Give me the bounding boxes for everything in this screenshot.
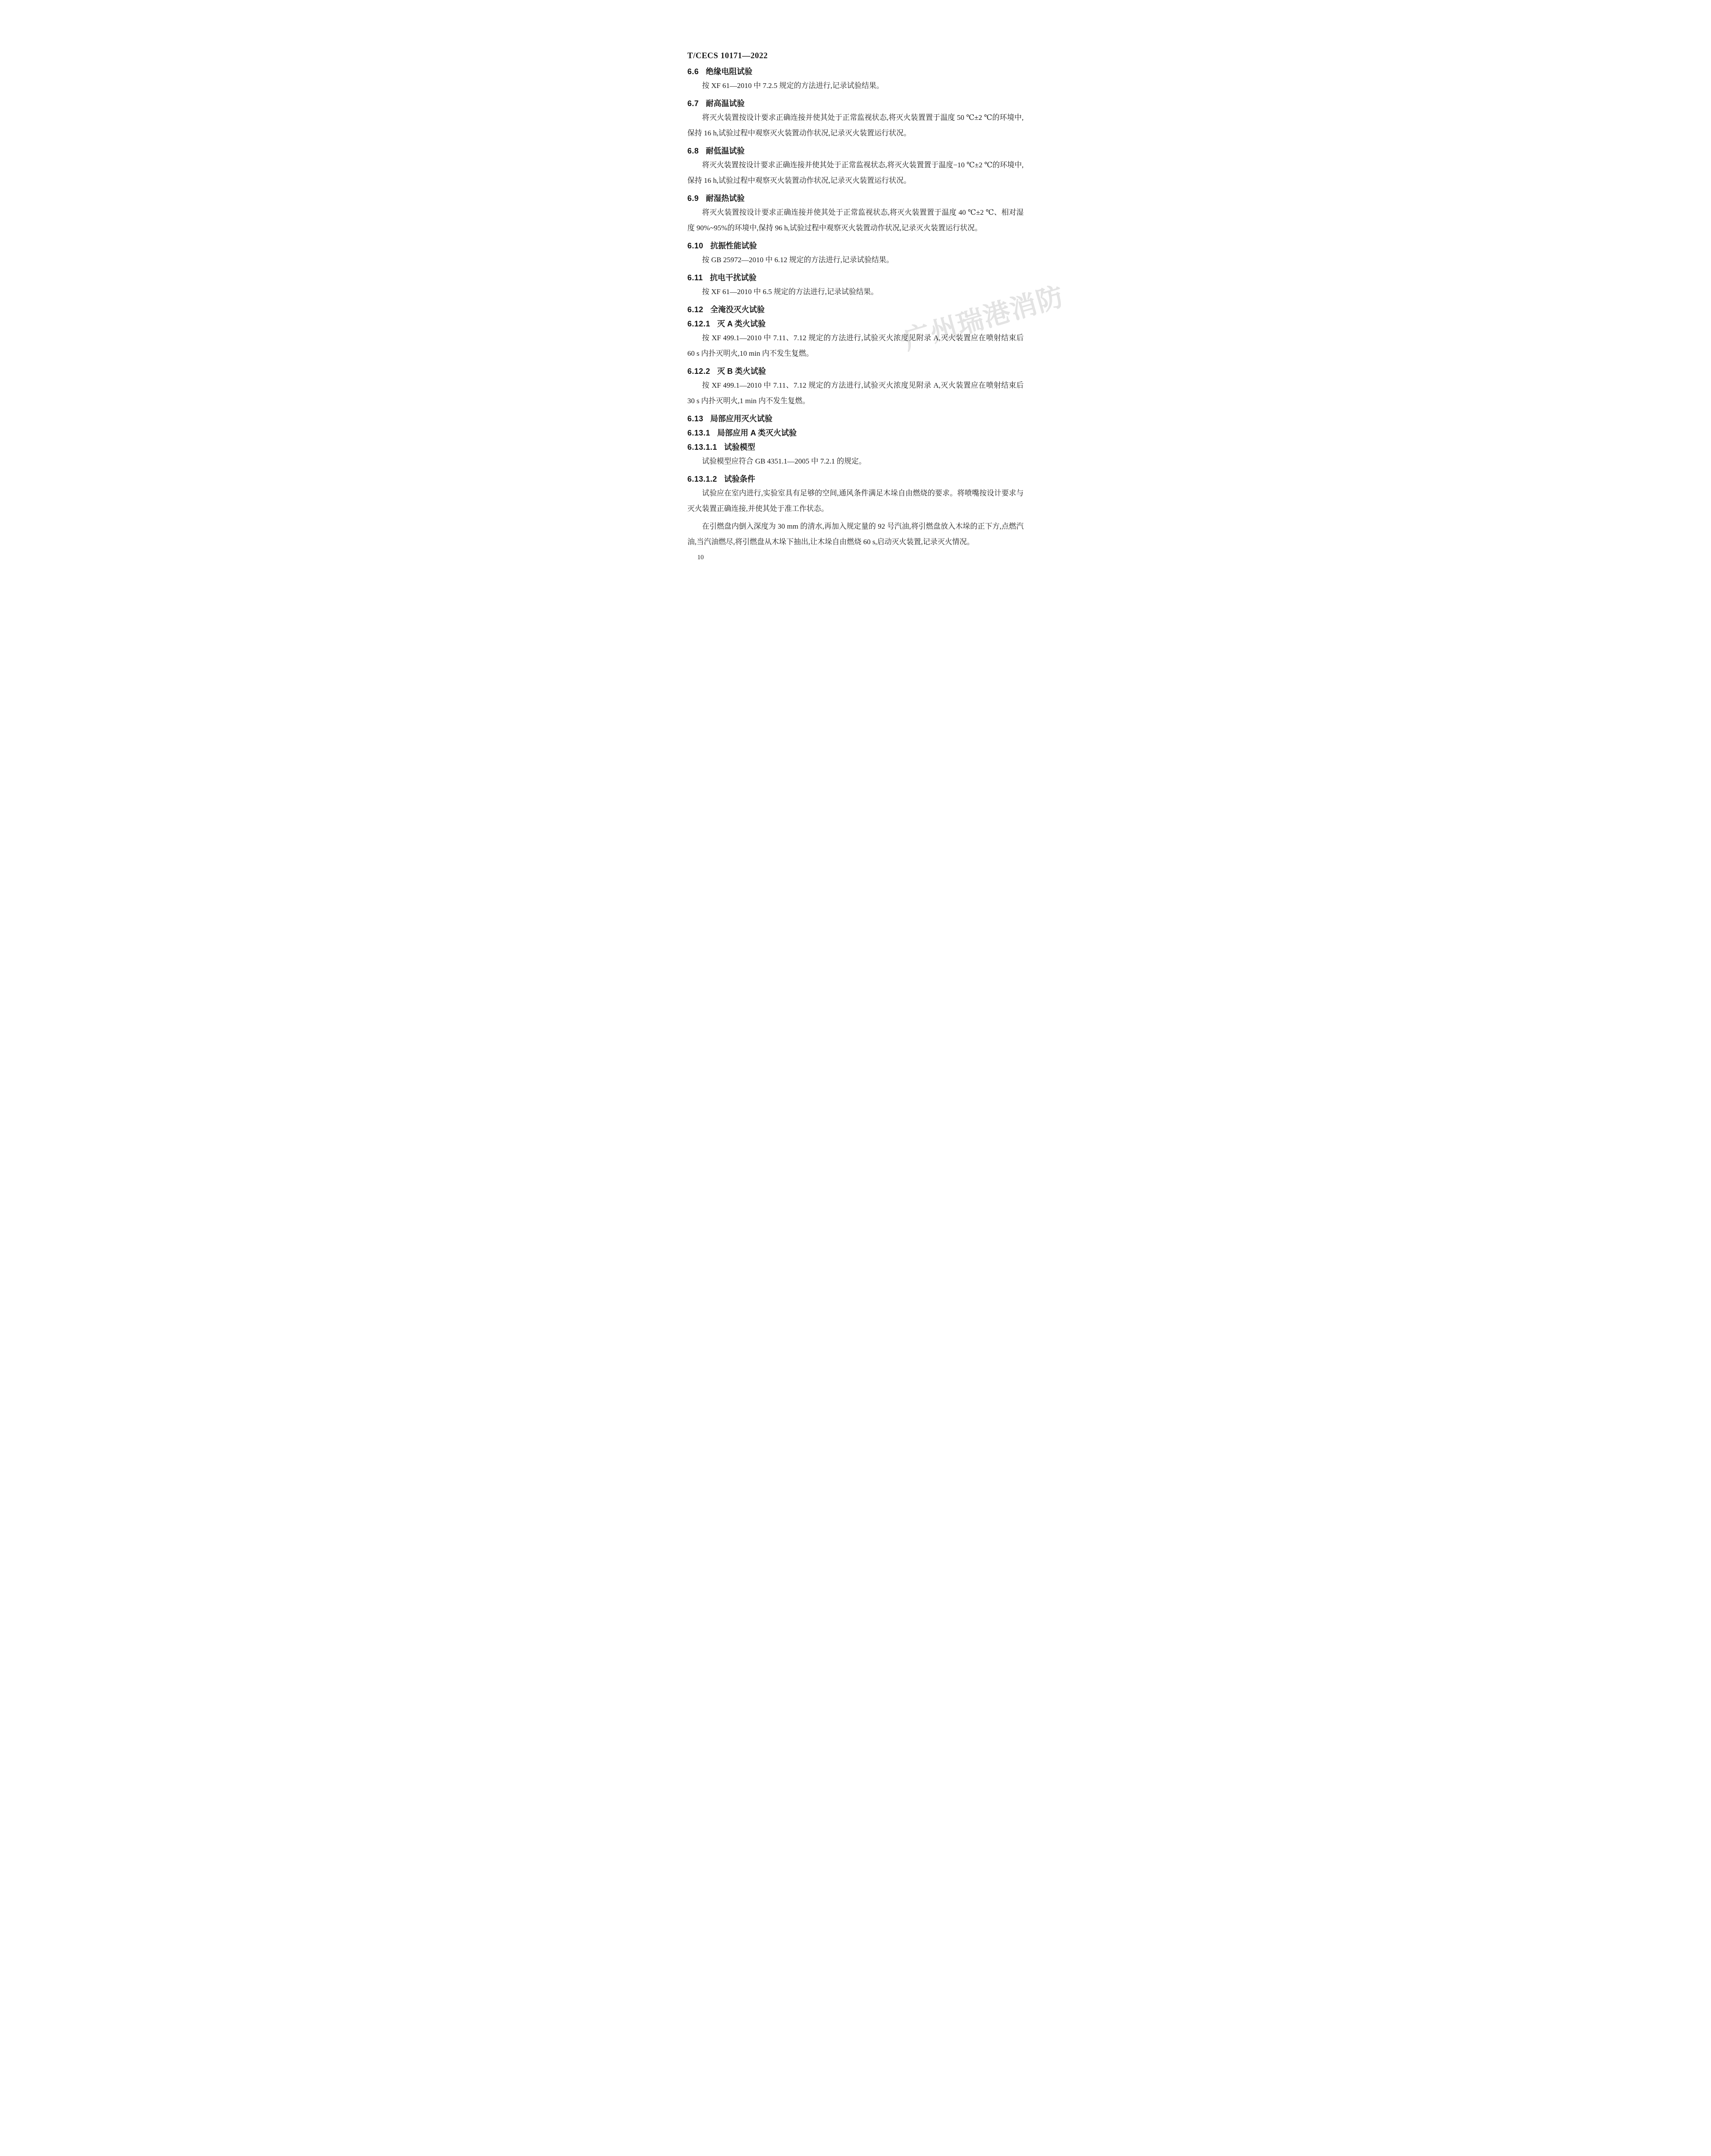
section-title: 全淹没灭火试验 xyxy=(710,305,765,314)
body-paragraph: 按 GB 25972—2010 中 6.12 规定的方法进行,记录试验结果。 xyxy=(688,252,1024,268)
section-number: 6.12.1 xyxy=(688,320,710,328)
body-paragraph: 试验应在室内进行,实验室具有足够的空间,通风条件满足木垛自由燃烧的要求。将喷嘴按… xyxy=(688,486,1024,517)
section-heading: 6.11抗电干扰试验 xyxy=(688,273,1024,282)
section-heading: 6.12全淹没灭火试验 xyxy=(688,305,1024,314)
page-number: 10 xyxy=(698,553,1024,562)
body-paragraph: 按 XF 61—2010 中 6.5 规定的方法进行,记录试验结果。 xyxy=(688,284,1024,300)
body-paragraph: 按 XF 499.1—2010 中 7.11、7.12 规定的方法进行,试验灭火… xyxy=(688,378,1024,409)
section-heading: 6.12.1灭 A 类火试验 xyxy=(688,320,1024,328)
section-heading: 6.13局部应用灭火试验 xyxy=(688,414,1024,423)
section-heading: 6.10抗振性能试验 xyxy=(688,241,1024,250)
section-title: 试验条件 xyxy=(724,475,755,483)
section-number: 6.7 xyxy=(688,99,699,108)
section-title: 灭 A 类火试验 xyxy=(717,320,766,328)
section-title: 耐低温试验 xyxy=(706,147,744,155)
section-heading: 6.13.1.1试验模型 xyxy=(688,443,1024,451)
section-heading: 6.9耐湿热试验 xyxy=(688,194,1024,203)
body-paragraph: 将灭火装置按设计要求正确连接并使其处于正常监视状态,将灭火装置置于温度−10 ℃… xyxy=(688,157,1024,188)
section-title: 试验模型 xyxy=(724,443,755,451)
body-paragraph: 按 XF 499.1—2010 中 7.11、7.12 规定的方法进行,试验灭火… xyxy=(688,330,1024,361)
section-number: 6.13.1.1 xyxy=(688,443,717,451)
section-heading: 6.6绝缘电阻试验 xyxy=(688,67,1024,76)
section-title: 局部应用灭火试验 xyxy=(710,414,773,423)
section-number: 6.6 xyxy=(688,67,699,76)
section-title: 耐湿热试验 xyxy=(706,194,744,203)
body-paragraph: 按 XF 61—2010 中 7.2.5 规定的方法进行,记录试验结果。 xyxy=(688,78,1024,94)
body-paragraph: 将灭火装置按设计要求正确连接并使其处于正常监视状态,将灭火装置置于温度 50 ℃… xyxy=(688,110,1024,141)
section-number: 6.11 xyxy=(688,273,703,282)
section-number: 6.13 xyxy=(688,414,704,423)
section-number: 6.8 xyxy=(688,147,699,155)
section-heading: 6.13.1局部应用 A 类灭火试验 xyxy=(688,429,1024,437)
body-paragraph: 在引燃盘内倒入深度为 30 mm 的清水,再加入规定量的 92 号汽油,将引燃盘… xyxy=(688,519,1024,550)
section-heading: 6.12.2灭 B 类火试验 xyxy=(688,367,1024,376)
section-title: 局部应用 A 类灭火试验 xyxy=(717,429,797,437)
section-number: 6.13.1 xyxy=(688,429,710,437)
section-title: 抗振性能试验 xyxy=(710,241,757,250)
section-number: 6.10 xyxy=(688,241,704,250)
document-page: 广州瑞港消防 T/CECS 10171—2022 6.6绝缘电阻试验 按 XF … xyxy=(642,0,1070,605)
section-heading: 6.7耐高温试验 xyxy=(688,99,1024,108)
body-paragraph: 试验模型应符合 GB 4351.1—2005 中 7.2.1 的规定。 xyxy=(688,454,1024,469)
section-title: 绝缘电阻试验 xyxy=(706,67,752,76)
section-heading: 6.13.1.2试验条件 xyxy=(688,475,1024,483)
section-number: 6.12.2 xyxy=(688,367,710,376)
section-title: 耐高温试验 xyxy=(706,99,744,108)
section-number: 6.13.1.2 xyxy=(688,475,717,483)
section-number: 6.9 xyxy=(688,194,699,203)
section-heading: 6.8耐低温试验 xyxy=(688,147,1024,155)
section-title: 抗电干扰试验 xyxy=(710,273,757,282)
section-number: 6.12 xyxy=(688,305,704,314)
standard-code-header: T/CECS 10171—2022 xyxy=(688,51,1024,61)
section-title: 灭 B 类火试验 xyxy=(717,367,766,376)
body-paragraph: 将灭火装置按设计要求正确连接并使其处于正常监视状态,将灭火装置置于温度 40 ℃… xyxy=(688,205,1024,236)
page-content: T/CECS 10171—2022 6.6绝缘电阻试验 按 XF 61—2010… xyxy=(688,51,1024,562)
